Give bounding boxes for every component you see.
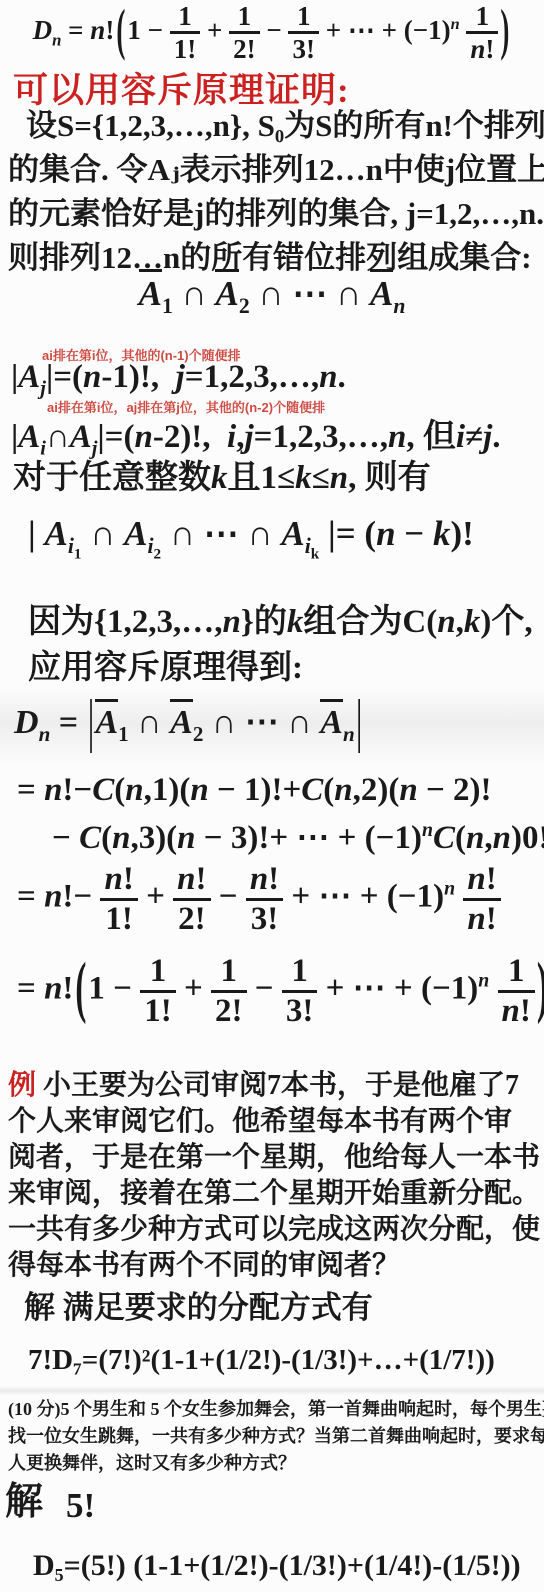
italic-symbol: n: [190, 772, 208, 808]
text-line: 得每本书有两个不同的审阅者？: [8, 1248, 542, 1284]
fraction: n!1!: [100, 862, 137, 936]
italic-symbol: D: [33, 15, 53, 45]
italic-symbol: n: [52, 30, 61, 49]
d5-formula: D₅=(5!) (1-1+(1/2!)-(1/3!)+(1/4!)-(1/5!)…: [33, 1549, 521, 1583]
text-line: (10 分)5 个男生和 5 个女生参加舞会，第一首舞曲响起时，每个男生要: [8, 1396, 542, 1423]
big-parenthesis: (: [75, 950, 86, 1028]
denominator: 2!: [173, 901, 210, 937]
text-line: 设S={1,2,3,…,n}, S₀为S的所有n!个排列: [8, 104, 540, 148]
italic-symbol: k: [295, 460, 312, 496]
italic-symbol: n: [343, 722, 355, 746]
text-line: 的集合. 令Aⱼ表示排列12…n中使j位置上: [8, 148, 540, 192]
k-intersection-formula: | Ai1 ∩ Ai2 ∩ ⋯ ∩ Aik |= (n − k)!: [28, 514, 474, 554]
numerator: n!: [246, 862, 283, 901]
italic-symbol: n: [376, 514, 395, 553]
italic-symbol: A: [18, 359, 40, 395]
italic-symbol: n: [44, 971, 62, 1007]
overline-set: A: [370, 269, 393, 313]
italic-symbol: n: [502, 993, 520, 1029]
italic-symbol: n: [493, 820, 511, 856]
fraction: 12!: [211, 954, 247, 1028]
denominator: 2!: [229, 34, 260, 63]
fraction: 12!: [229, 2, 260, 64]
fraction: 13!: [288, 2, 319, 64]
text-line: 的元素恰好是j的排列的集合, j=1,2,…,n.: [8, 192, 540, 236]
italic-symbol: n: [466, 820, 484, 856]
denominator: n!: [463, 901, 500, 937]
big-bar: |: [88, 690, 95, 757]
numerator: 1: [288, 2, 319, 34]
italic-symbol: n: [399, 772, 417, 808]
sub-subscript: 2: [154, 545, 162, 562]
superscript: n: [444, 878, 455, 900]
numerator: n!: [173, 862, 210, 901]
italic-symbol: A: [44, 514, 67, 553]
numerator: 1: [170, 2, 201, 34]
fraction: 13!: [282, 954, 318, 1028]
subscript: n: [393, 294, 405, 318]
overline-set: A: [139, 269, 162, 313]
fraction: n!n!: [463, 862, 500, 936]
first-answer-5-factorial: 5!: [66, 1486, 95, 1526]
subscript: n: [343, 722, 355, 746]
nested-subscript: i2: [147, 534, 161, 558]
italic-symbol: A: [95, 704, 118, 741]
italic-symbol: A: [70, 419, 92, 455]
denominator: 1!: [170, 34, 201, 63]
denominator: 1!: [100, 901, 137, 937]
overline-set: A: [95, 699, 118, 741]
italic-symbol: n: [90, 15, 105, 45]
fraction: 11!: [140, 954, 176, 1028]
because-line-2: 应用容斥原理得到:: [28, 645, 533, 691]
overline-set: A: [215, 269, 238, 313]
superscript: n: [478, 970, 489, 992]
problem-2-paragraph: (10 分)5 个男生和 5 个女生参加舞会，第一首舞曲响起时，每个男生要找一位…: [8, 1396, 542, 1477]
denominator: 1!: [140, 993, 176, 1029]
nested-subscript: ik: [305, 534, 319, 558]
derivation-line-5: = n!(1 − 11! + 12! − 13! + ⋯ + (−1)n 1n!…: [17, 954, 544, 1028]
subscript: j: [40, 378, 46, 400]
italic-symbol: n: [134, 419, 152, 455]
italic-symbol: C: [433, 820, 455, 856]
italic-symbol: n: [470, 34, 485, 64]
text-line: 个人来审阅它们。他希望每本书有两个审: [8, 1104, 542, 1140]
sub-subscript: 1: [74, 545, 82, 562]
italic-symbol: n: [467, 901, 485, 937]
italic-symbol: n: [104, 861, 122, 897]
big-parenthesis: ): [537, 950, 544, 1028]
fraction: 11!: [170, 2, 201, 64]
example-label: 例: [8, 1070, 36, 1101]
italic-symbol: A: [320, 704, 343, 741]
subscript: 1: [118, 722, 129, 746]
example-paragraph: 例 小王要为公司审阅7本书，于是他雇了7 个人来审阅它们。他希望每本书有两个审阅…: [8, 1068, 542, 1284]
italic-symbol: n: [83, 359, 101, 395]
text-line: 来审阅，接着在第二个星期开始重新分配。: [8, 1176, 542, 1212]
italic-symbol: C: [79, 820, 101, 856]
example-first-line-text: 小王要为公司审阅7本书，于是他雇了7: [36, 1070, 519, 1101]
denominator: 3!: [246, 901, 283, 937]
derivation-line-2: = n!−C(n,1)(n − 1)!+C(n,2)(n − 2)!: [17, 772, 492, 809]
sub-subscript: k: [311, 545, 319, 562]
numerator: 1: [211, 954, 247, 993]
italic-symbol: j: [483, 419, 492, 455]
denominator: 3!: [288, 34, 319, 63]
italic-symbol: n: [44, 772, 62, 808]
subscript: 1: [162, 294, 173, 318]
italic-symbol: n: [467, 861, 485, 897]
italic-symbol: n: [334, 772, 352, 808]
italic-symbol: A: [170, 704, 193, 741]
italic-symbol: k: [464, 604, 481, 640]
italic-symbol: k: [287, 604, 304, 640]
italic-symbol: A: [124, 514, 147, 553]
derivation-line-1: Dn = |A1 ∩ A2 ∩ ⋯ ∩ An|: [14, 702, 364, 742]
numerator: n!: [463, 862, 500, 901]
overline-set: A: [170, 699, 193, 741]
fraction: n!3!: [246, 862, 283, 936]
italic-symbol: j: [176, 359, 185, 395]
numerator: 1: [140, 954, 176, 993]
aj-cardinality-formula: |Aj|=(n-1)!, j=1,2,3,…,n.: [11, 359, 346, 396]
slide-seam: [0, 1386, 544, 1395]
k-condition-text: 对于任意整数k且1≤k≤n, 则有: [13, 451, 431, 498]
italic-symbol: C: [301, 772, 323, 808]
italic-symbol: n: [422, 819, 433, 841]
italic-symbol: j: [244, 419, 253, 455]
solution-1-text: 解 满足要求的分配方式有: [24, 1282, 373, 1327]
italic-symbol: C: [92, 772, 114, 808]
big-parenthesis: (: [116, 0, 125, 63]
italic-symbol: D: [14, 704, 39, 741]
subscript: 2: [193, 722, 204, 746]
denominator: n!: [498, 993, 535, 1029]
italic-symbol: j: [40, 378, 46, 400]
fraction: 1n!: [466, 2, 498, 64]
big-bar: |: [356, 690, 363, 757]
text-line: 人更换舞伴，这时又有多少种方式？: [8, 1450, 542, 1477]
derivation-line-4: = n!− n!1! + n!2! − n!3! + ⋯ + (−1)n n!n…: [17, 862, 501, 936]
example-rest-lines: 个人来审阅它们。他希望每本书有两个审阅者，于是在第一个星期，他给每人一本书来审阅…: [8, 1104, 542, 1284]
denominator: 2!: [211, 993, 247, 1029]
nested-subscript: i1: [68, 534, 82, 558]
italic-symbol: n: [39, 722, 51, 746]
italic-symbol: n: [393, 294, 405, 318]
italic-symbol: n: [177, 820, 195, 856]
superscript: n: [422, 819, 433, 841]
fraction: n!2!: [173, 862, 210, 936]
complement-intersection-formula: A1 ∩ A2 ∩ ⋯ ∩ An: [0, 274, 544, 314]
numerator: 1: [282, 954, 318, 993]
italic-symbol: n: [112, 820, 130, 856]
italic-symbol: A: [139, 274, 162, 313]
derangement-formula-top: Dn = n!(1 − 11! + 12! − 13! + ⋯ + (−1)n …: [0, 2, 544, 64]
overline-set: A: [320, 699, 343, 741]
subscript: 2: [239, 294, 250, 318]
superscript: n: [451, 15, 460, 33]
italic-symbol: A: [215, 274, 238, 313]
solution-2-label: 解: [5, 1470, 43, 1525]
because-line-1: 因为{1,2,3,…,n}的k组合为C(n,k)个,: [28, 599, 533, 645]
italic-symbol: n: [478, 970, 489, 992]
italic-symbol: n: [44, 879, 62, 915]
italic-symbol: A: [370, 274, 393, 313]
numerator: 1: [466, 2, 498, 34]
italic-symbol: n: [319, 359, 337, 395]
italic-symbol: k: [433, 514, 451, 553]
derivation-line-3: − C(n,3)(n − 3)!+ ⋯ + (−1)nC(n,n)0!: [52, 817, 544, 857]
italic-symbol: n: [223, 604, 241, 640]
numerator: 1: [229, 2, 260, 34]
subscript: n: [52, 30, 61, 49]
proof-paragraph: 设S={1,2,3,…,n}, S₀为S的所有n!个排列的集合. 令Aⱼ表示排列…: [8, 104, 540, 280]
denominator: 3!: [282, 993, 318, 1029]
example-first-line: 例 小王要为公司审阅7本书，于是他雇了7: [8, 1068, 542, 1104]
italic-symbol: A: [18, 419, 40, 455]
italic-symbol: n: [451, 15, 460, 33]
italic-symbol: n: [444, 878, 455, 900]
italic-symbol: k: [211, 460, 228, 496]
italic-symbol: i: [456, 419, 465, 455]
d7-formula: 7!D₇=(7!)²(1-1+(1/2!)-(1/3!)+…+(1/7!)): [28, 1344, 495, 1377]
italic-symbol: A: [281, 514, 304, 553]
numerator: 1: [498, 954, 535, 993]
numerator: n!: [100, 862, 137, 901]
italic-symbol: n: [250, 861, 268, 897]
italic-symbol: n: [330, 460, 348, 496]
text-line: 阅者，于是在第一个星期，他给每人一本书: [8, 1140, 542, 1176]
subscript: n: [39, 722, 51, 746]
big-parenthesis: ): [500, 0, 509, 63]
italic-symbol: n: [177, 861, 195, 897]
lecture-page: Dn = n!(1 − 11! + 12! − 13! + ⋯ + (−1)n …: [0, 0, 544, 1592]
italic-symbol: n: [437, 604, 455, 640]
fraction: 1n!: [498, 954, 535, 1028]
inclusion-exclusion-text: 因为{1,2,3,…,n}的k组合为C(n,k)个, 应用容斥原理得到:: [28, 599, 533, 691]
text-line: 一共有多少种方式可以完成这两次分配，使: [8, 1212, 542, 1248]
text-line: 找一位女生跳舞，一共有多少种方式？当第二首舞曲响起时，要求每个: [8, 1423, 542, 1450]
aiaj-cardinality-formula: |Ai∩Aj|=(n-2)!, i,j=1,2,3,…,n, 但i≠j.: [11, 410, 501, 457]
italic-symbol: i: [227, 419, 236, 455]
italic-symbol: n: [125, 772, 143, 808]
denominator: n!: [466, 34, 498, 63]
italic-symbol: n: [388, 419, 406, 455]
